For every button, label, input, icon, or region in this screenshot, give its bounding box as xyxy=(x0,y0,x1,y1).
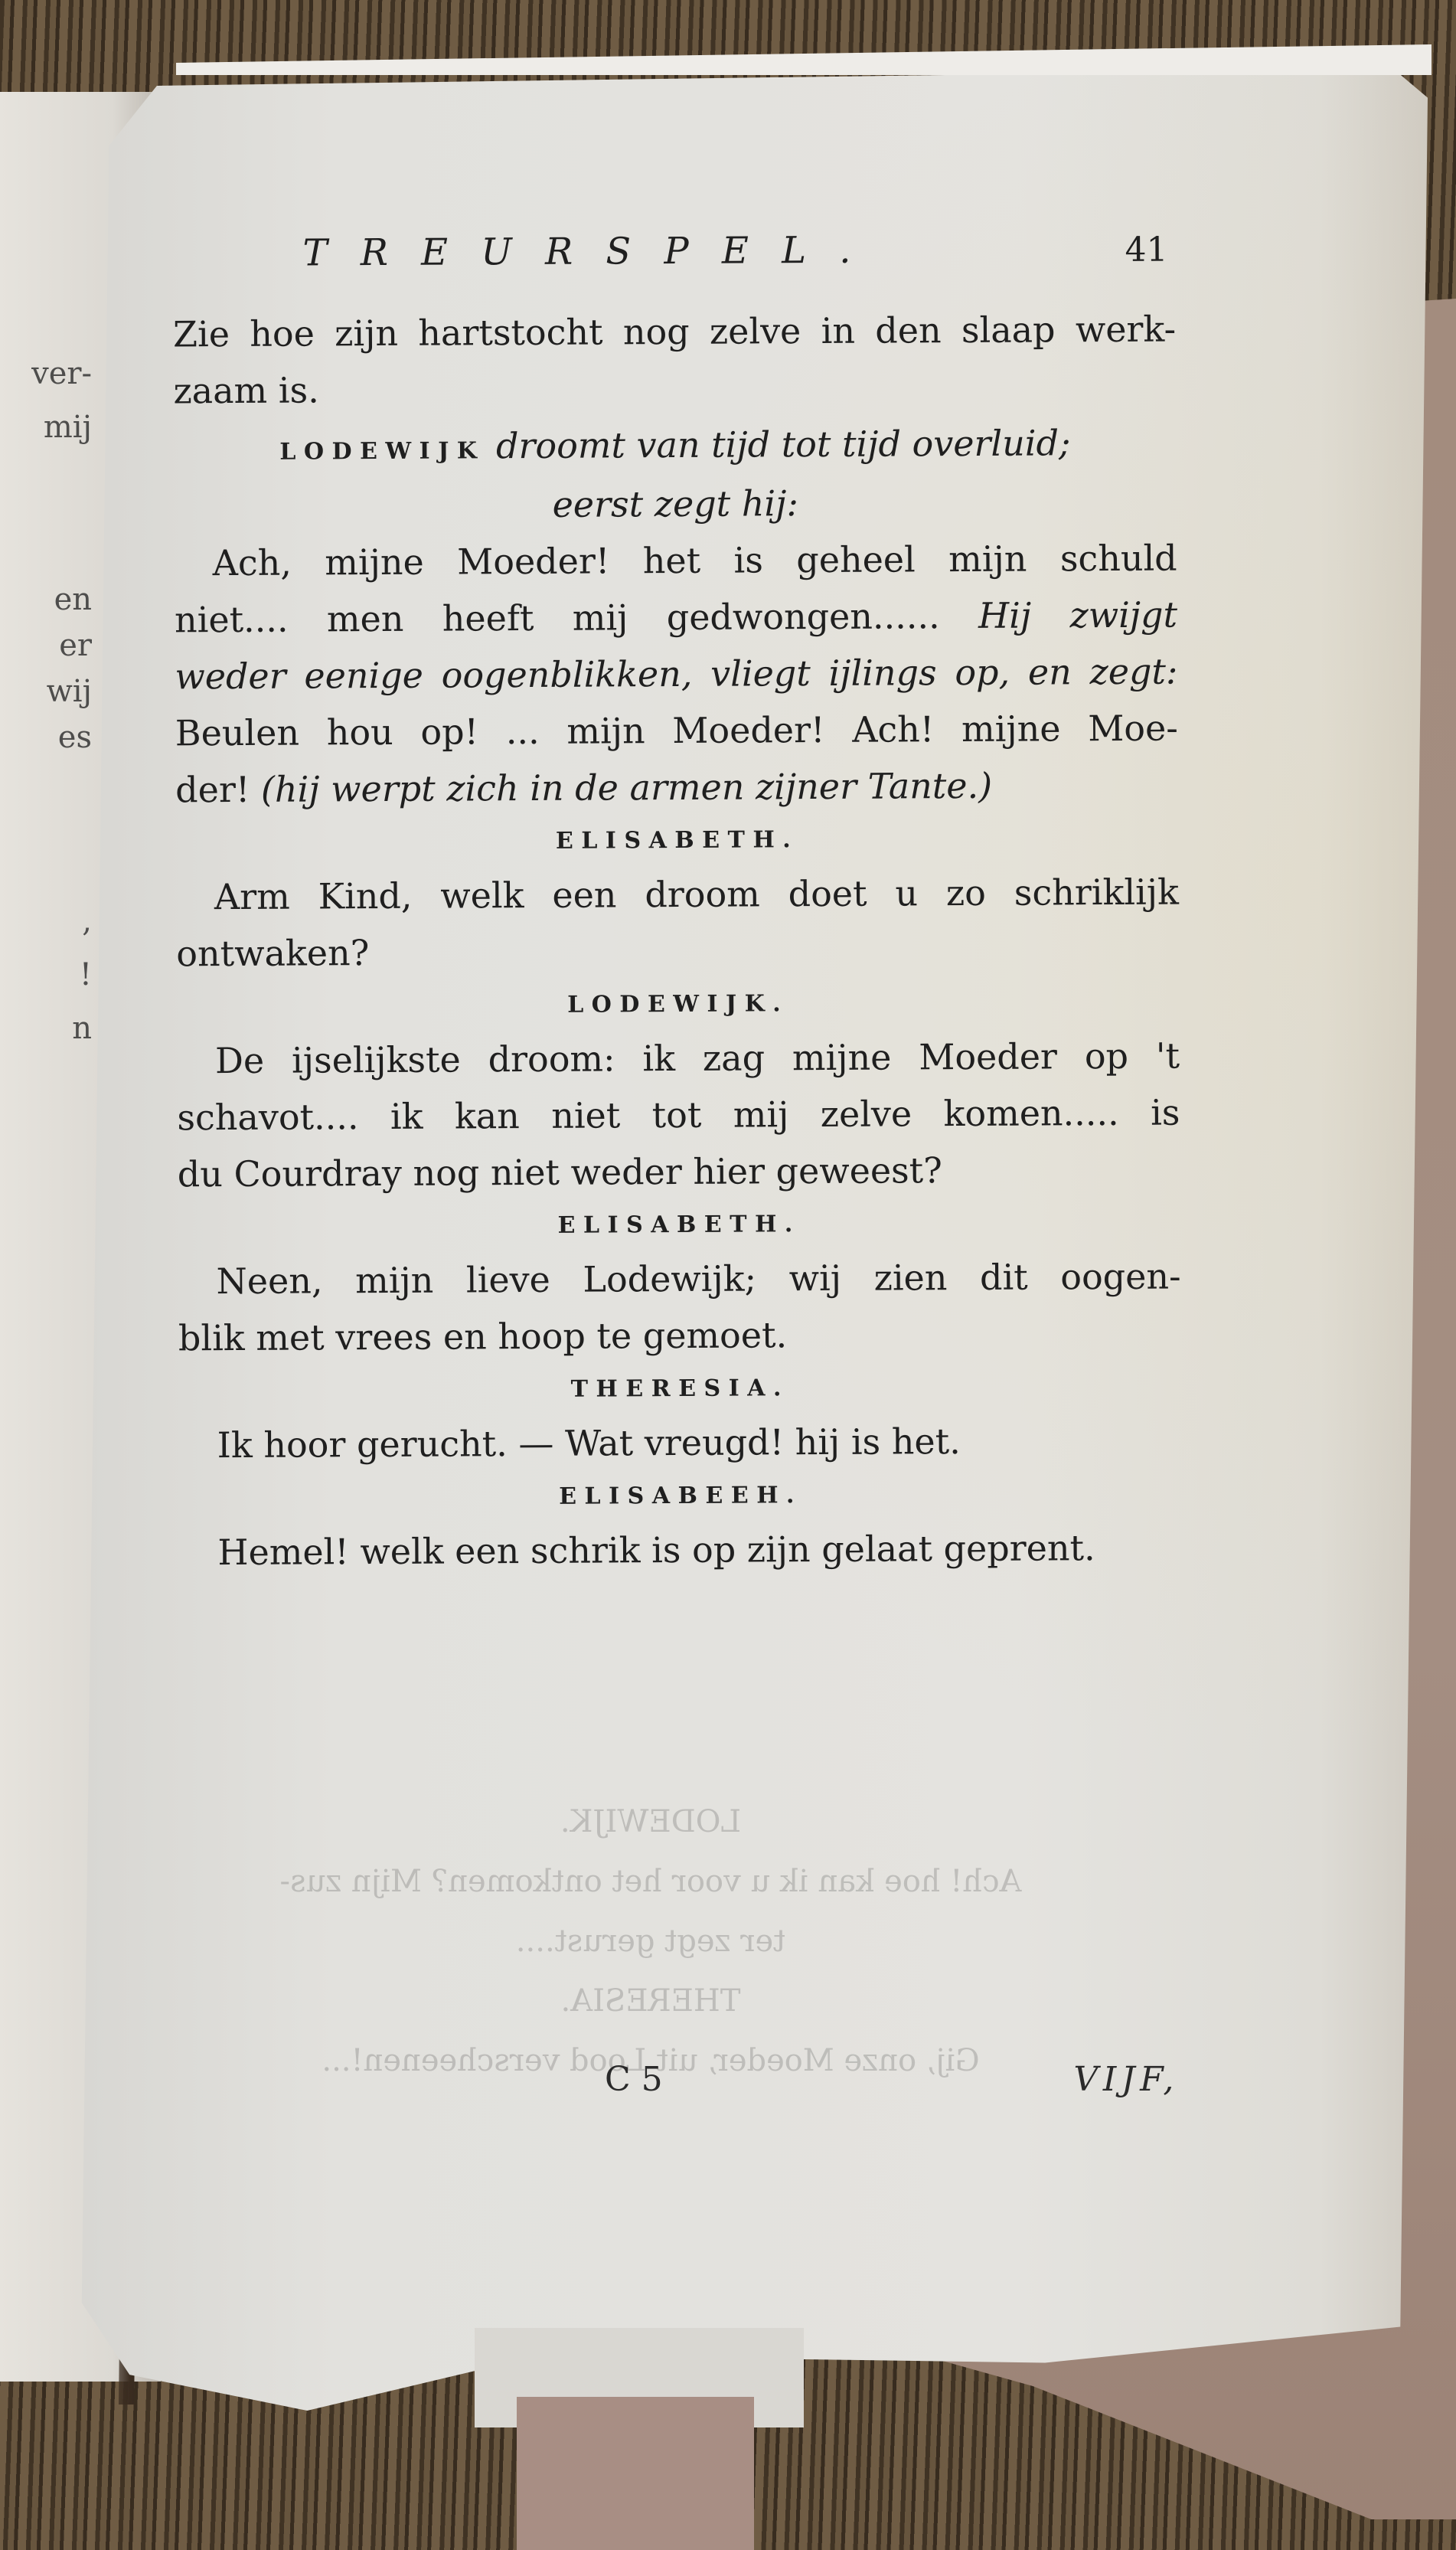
speech-line: schavot.... ik kan niet tot mij zelve ko… xyxy=(177,1084,1180,1146)
facing-fragment: en xyxy=(54,582,92,617)
running-head: TREURSPEL. 41 xyxy=(302,227,1175,275)
showthrough-text: LODEWIJK. Ach! hoe kan ik u voor het ont… xyxy=(153,1792,1148,2091)
speaker-name: LODEWIJK xyxy=(279,437,485,465)
speech-line: ontwaken? xyxy=(176,920,1179,982)
speaker-heading: ELISABETH. xyxy=(178,1198,1180,1254)
speech-line: blik met vrees en hoop te gemoet. xyxy=(178,1305,1181,1367)
speech-line: Arm Kind, welk een droom doet u zo schri… xyxy=(176,864,1179,926)
text-line: Zie hoe zijn hartstocht nog zelve in den… xyxy=(173,301,1176,363)
showthrough-line: LODEWIJK. xyxy=(153,1792,1148,1852)
page-footer: C 5 VIJF, xyxy=(176,2060,1179,2099)
image-patch xyxy=(517,2397,754,2550)
facing-fragment: er xyxy=(59,628,92,663)
speech-line: du Courdray nog niet weder hier geweest? xyxy=(178,1141,1180,1203)
facing-fragment: , xyxy=(82,904,92,939)
facing-fragment: ver- xyxy=(31,356,92,391)
running-head-title: TREURSPEL. xyxy=(302,229,883,275)
stage-text: (hij werpt zich in de armen zijner Tante… xyxy=(261,765,992,810)
facing-fragment: mij xyxy=(44,410,92,445)
speech-line: Beulen hou op! ... mijn Moeder! Ach! mij… xyxy=(175,700,1178,762)
stage-text: droomt van tijd tot tijd overluid; xyxy=(496,422,1071,466)
speech-text: der! xyxy=(175,769,261,811)
stage-direction-line: eerst zegt hij: xyxy=(174,473,1177,535)
stage-text: Hij zwijgt xyxy=(978,594,1177,636)
facing-fragment: ! xyxy=(80,957,92,992)
stage-direction-line: weder eenige oogenblikken, vliegt ijling… xyxy=(175,643,1177,705)
speaker-heading: THERESIA. xyxy=(178,1362,1181,1417)
showthrough-line: ter zegt gerust.... xyxy=(153,1911,1148,1971)
speaker-heading: ELISABEEH. xyxy=(179,1469,1182,1525)
facing-fragment: es xyxy=(58,720,92,755)
page-top-edge xyxy=(176,44,1432,75)
catchword: VIJF, xyxy=(1074,2060,1179,2099)
speech-line: niet.... men heeft mij gedwongen...... H… xyxy=(175,587,1177,649)
facing-fragment: wij xyxy=(47,674,92,709)
stage-direction: LODEWIJK droomt van tijd tot tijd overlu… xyxy=(174,414,1177,479)
signature-mark: C 5 xyxy=(605,2060,663,2099)
speaker-heading: ELISABETH. xyxy=(175,813,1178,869)
speaker-heading: LODEWIJK. xyxy=(177,977,1180,1033)
text-line: zaam is. xyxy=(173,358,1176,420)
speech-line: Hemel! welk een schrik is op zijn gelaat… xyxy=(179,1519,1182,1581)
speech-line: der! (hij werpt zich in de armen zijner … xyxy=(175,757,1178,819)
speech-text: niet.... men heeft mij gedwongen...... xyxy=(175,595,978,640)
speech-line: Ach, mijne Moeder! het is geheel mijn sc… xyxy=(174,530,1177,592)
showthrough-line: Ach! hoe kan ik u voor het ontkomen? Mij… xyxy=(153,1852,1148,1911)
page-text: TREURSPEL. 41 Zie hoe zijn hartstocht no… xyxy=(172,227,1182,1581)
showthrough-line: THERESIA. xyxy=(153,1971,1148,2031)
speech-line: Ik hoor gerucht. — Wat vreugd! hij is he… xyxy=(178,1412,1181,1474)
speech-line: Neen, mijn lieve Lodewijk; wij zien dit … xyxy=(178,1248,1180,1310)
speech-line: De ijselijkste droom: ik zag mijne Moede… xyxy=(177,1028,1180,1090)
page-number: 41 xyxy=(1125,230,1167,270)
facing-fragment: n xyxy=(72,1011,92,1046)
